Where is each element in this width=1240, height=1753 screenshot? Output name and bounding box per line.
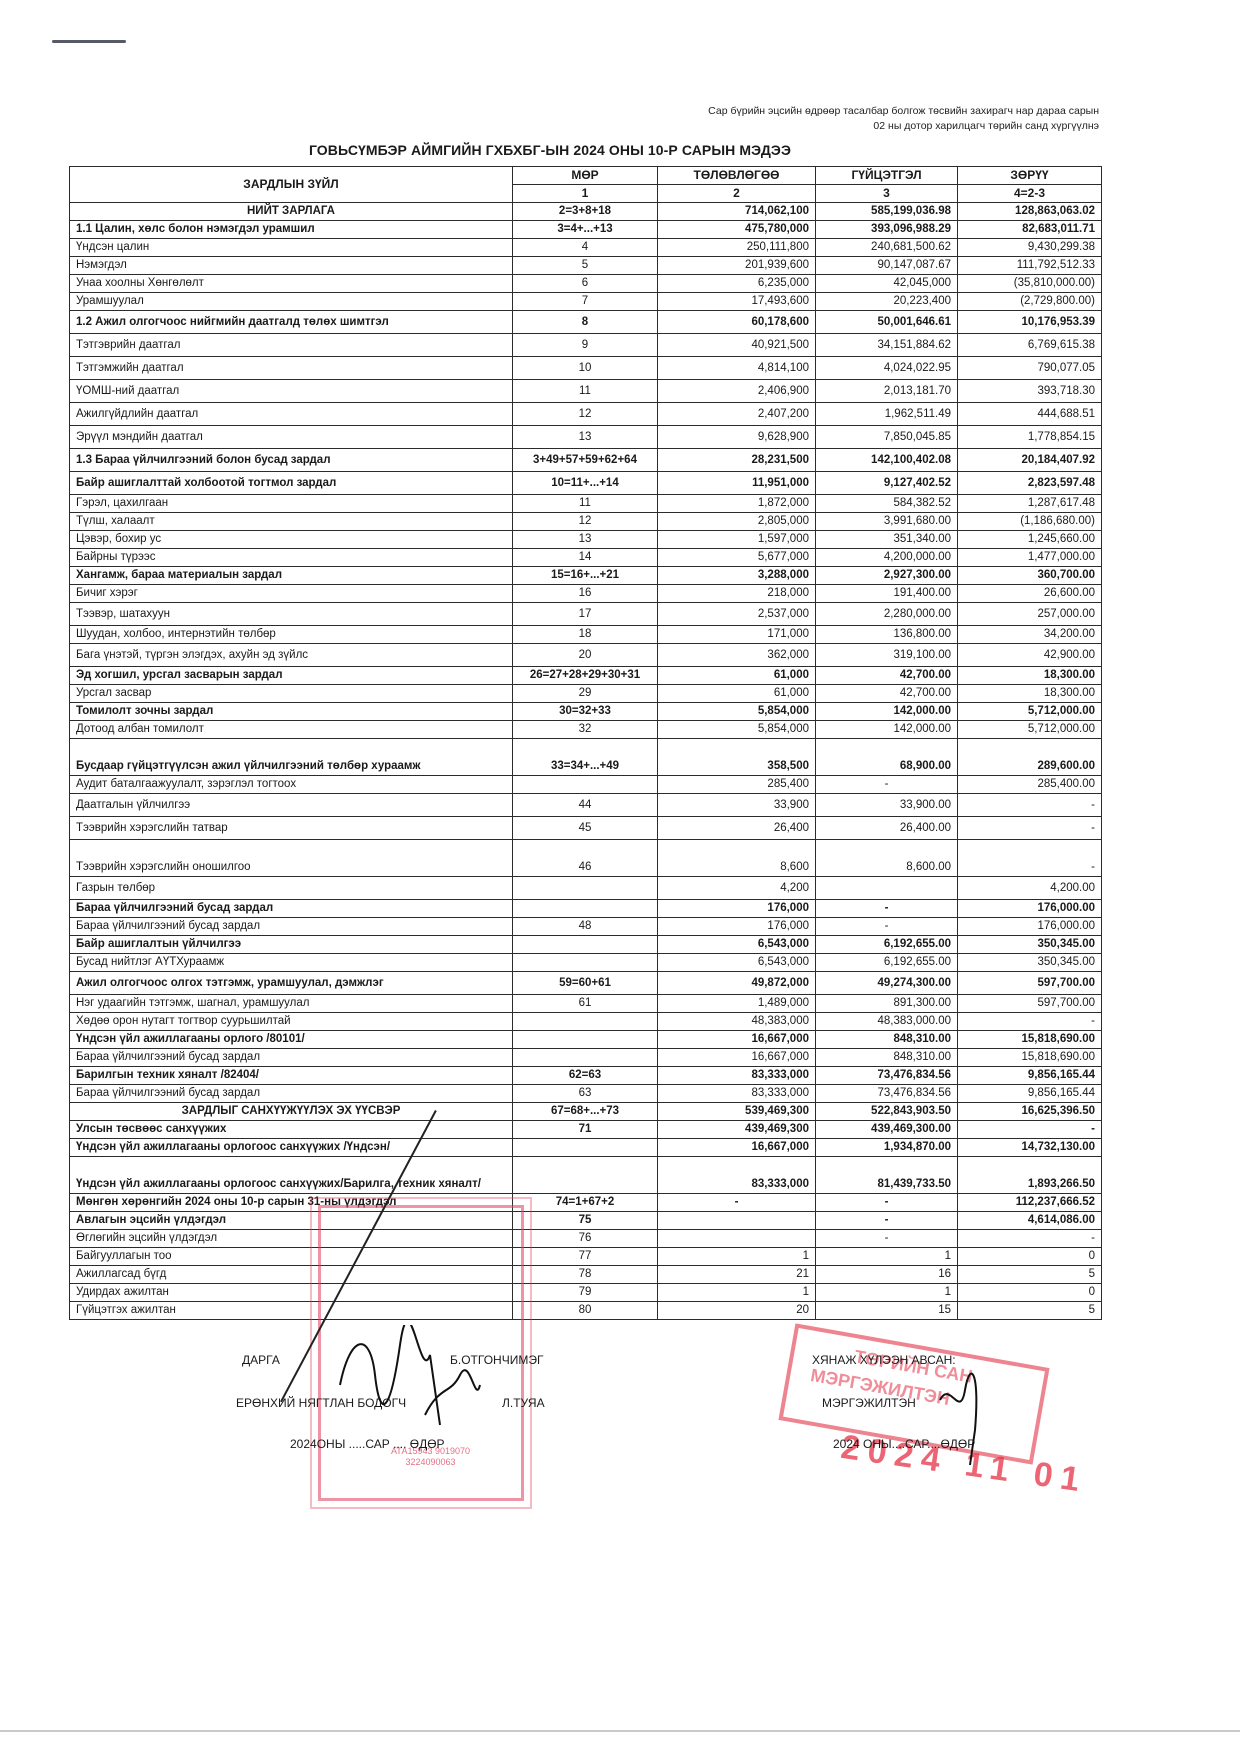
cell-difference: 128,863,063.02	[958, 203, 1102, 221]
cell-expense-item: Бага үнэтэй, түргэн элэгдэх, ахуйн эд зү…	[70, 644, 513, 667]
cell-plan: 33,900	[658, 794, 816, 817]
cell-difference: 18,300.00	[958, 685, 1102, 703]
cell-row-number: 16	[513, 585, 658, 603]
scan-artifact	[52, 40, 126, 43]
cell-row-number: 3+49+57+59+62+64	[513, 449, 658, 472]
cell-row-number	[513, 1157, 658, 1194]
cell-row-number	[513, 776, 658, 794]
cell-actual: 9,127,402.52	[816, 472, 958, 495]
cell-row-number: 3=4+...+13	[513, 221, 658, 239]
table-row: НИЙТ ЗАРЛАГА2=3+8+18714,062,100585,199,0…	[70, 203, 1102, 221]
cell-plan: 250,111,800	[658, 239, 816, 257]
cell-difference: -	[958, 1121, 1102, 1139]
cell-plan: 20	[658, 1302, 816, 1320]
cell-plan: 176,000	[658, 918, 816, 936]
cell-plan: 40,921,500	[658, 334, 816, 357]
cell-actual: 4,024,022.95	[816, 357, 958, 380]
cell-actual: 1	[816, 1248, 958, 1266]
cell-difference: 18,300.00	[958, 667, 1102, 685]
cell-row-number: 79	[513, 1284, 658, 1302]
cell-actual: 6,192,655.00	[816, 936, 958, 954]
table-row: Түлш, халаалт122,805,0003,991,680.00(1,1…	[70, 513, 1102, 531]
cell-difference: 5,712,000.00	[958, 721, 1102, 739]
cell-expense-item: Цэвэр, бохир ус	[70, 531, 513, 549]
cell-row-number: 10=11+...+14	[513, 472, 658, 495]
table-row: Эрүүл мэндийн даатгал139,628,9007,850,04…	[70, 426, 1102, 449]
cell-actual: 90,147,087.67	[816, 257, 958, 275]
cell-expense-item: Тэтгэврийн даатгал	[70, 334, 513, 357]
cell-difference: (1,186,680.00)	[958, 513, 1102, 531]
cell-expense-item: Газрын төлбөр	[70, 877, 513, 900]
table-row: Газрын төлбөр4,2004,200.00	[70, 877, 1102, 900]
table-row: Байрны түрээс145,677,0004,200,000.001,47…	[70, 549, 1102, 567]
table-row: Тэтгэмжийн даатгал104,814,1004,024,022.9…	[70, 357, 1102, 380]
cell-plan: 61,000	[658, 685, 816, 703]
table-row: Ажил олгогчоос олгох тэтгэмж, урамшуулал…	[70, 972, 1102, 995]
table-row: Мөнгөн хөрөнгийн 2024 оны 10-р сарын 31-…	[70, 1194, 1102, 1212]
cell-expense-item: Аудит баталгаажуулалт, зэрэглэл тогтоох	[70, 776, 513, 794]
cell-actual: 439,469,300.00	[816, 1121, 958, 1139]
cell-actual: 191,400.00	[816, 585, 958, 603]
cell-actual: -	[816, 900, 958, 918]
cell-actual: 848,310.00	[816, 1049, 958, 1067]
cell-difference: 15,818,690.00	[958, 1031, 1102, 1049]
cell-expense-item: Гэрэл, цахилгаан	[70, 495, 513, 513]
cell-row-number: 76	[513, 1230, 658, 1248]
director-title: ДАРГА	[242, 1353, 280, 1367]
table-row: Шуудан, холбоо, интернэтийн төлбөр18171,…	[70, 626, 1102, 644]
header-note-line-2: 02 ны дотор харилцагч төрийн санд хүргүү…	[708, 119, 1099, 134]
cell-expense-item: Урсгал засвар	[70, 685, 513, 703]
cell-difference: 20,184,407.92	[958, 449, 1102, 472]
cell-plan: 362,000	[658, 644, 816, 667]
cell-plan: 60,178,600	[658, 311, 816, 334]
table-row: Бичиг хэрэг16218,000191,400.0026,600.00	[70, 585, 1102, 603]
cell-difference: 360,700.00	[958, 567, 1102, 585]
cell-row-number: 11	[513, 380, 658, 403]
cell-difference: 4,614,086.00	[958, 1212, 1102, 1230]
cell-expense-item: Үндсэн үйл ажиллагааны орлогоос санхүүжи…	[70, 1139, 513, 1157]
table-row: Унаа хоолны Хөнгөлөлт66,235,00042,045,00…	[70, 275, 1102, 293]
table-header-row: ЗАРДЛЫН ЗҮЙЛ МӨР ТӨЛӨВЛӨГӨӨ ГҮЙЦЭТГЭЛ ЗӨ…	[70, 167, 1102, 185]
date-line-left: 2024ОНЫ .....САР .... ӨДӨР	[290, 1437, 445, 1451]
cell-row-number: 48	[513, 918, 658, 936]
cell-plan: 1,597,000	[658, 531, 816, 549]
cell-row-number: 63	[513, 1085, 658, 1103]
cell-row-number: 13	[513, 531, 658, 549]
cell-plan: 83,333,000	[658, 1085, 816, 1103]
table-row: Бараа үйлчилгээний бусад зардал176,000-1…	[70, 900, 1102, 918]
cell-expense-item: ЗАРДЛЫГ САНХҮҮЖҮҮЛЭХ ЭХ ҮҮСВЭР	[70, 1103, 513, 1121]
cell-row-number	[513, 936, 658, 954]
table-row: 1.1 Цалин, хөлс болон нэмэгдэл урамшил3=…	[70, 221, 1102, 239]
cell-plan: 6,235,000	[658, 275, 816, 293]
expense-report-table: ЗАРДЛЫН ЗҮЙЛ МӨР ТӨЛӨВЛӨГӨӨ ГҮЙЦЭТГЭЛ ЗӨ…	[69, 166, 1102, 1320]
table-body: НИЙТ ЗАРЛАГА2=3+8+18714,062,100585,199,0…	[70, 203, 1102, 1320]
table-row: Байр ашиглалттай холбоотой тогтмол зарда…	[70, 472, 1102, 495]
cell-difference: -	[958, 1013, 1102, 1031]
cell-plan: 16,667,000	[658, 1139, 816, 1157]
cell-row-number: 61	[513, 995, 658, 1013]
cell-row-number	[513, 900, 658, 918]
cell-difference: 285,400.00	[958, 776, 1102, 794]
cell-row-number	[513, 1139, 658, 1157]
cell-actual: 351,340.00	[816, 531, 958, 549]
cell-expense-item: Тэтгэмжийн даатгал	[70, 357, 513, 380]
cell-row-number: 46	[513, 840, 658, 877]
cell-actual: 6,192,655.00	[816, 954, 958, 972]
cell-plan: 2,805,000	[658, 513, 816, 531]
cell-plan: 539,469,300	[658, 1103, 816, 1121]
cell-difference: 2,823,597.48	[958, 472, 1102, 495]
cell-difference: 176,000.00	[958, 900, 1102, 918]
table-row: Үндсэн үйл ажиллагааны орлогоос санхүүжи…	[70, 1139, 1102, 1157]
cell-actual: 33,900.00	[816, 794, 958, 817]
cell-plan: 17,493,600	[658, 293, 816, 311]
cell-expense-item: 1.2 Ажил олгогчоос нийгмийн даатгалд төл…	[70, 311, 513, 334]
cell-actual: 2,013,181.70	[816, 380, 958, 403]
cell-plan: 171,000	[658, 626, 816, 644]
header-difference: ЗӨРҮҮ	[958, 167, 1102, 185]
cell-row-number: 4	[513, 239, 658, 257]
cell-row-number: 14	[513, 549, 658, 567]
cell-expense-item: Даатгалын үйлчилгээ	[70, 794, 513, 817]
table-row: Томилолт зочны зардал30=32+335,854,00014…	[70, 703, 1102, 721]
cell-plan: 201,939,600	[658, 257, 816, 275]
cell-difference: 42,900.00	[958, 644, 1102, 667]
table-row: 1.3 Бараа үйлчилгээний болон бусад зарда…	[70, 449, 1102, 472]
cell-row-number: 74=1+67+2	[513, 1194, 658, 1212]
cell-difference: 393,718.30	[958, 380, 1102, 403]
cell-row-number: 62=63	[513, 1067, 658, 1085]
cell-actual: 585,199,036.98	[816, 203, 958, 221]
cell-actual: -	[816, 918, 958, 936]
cell-row-number: 17	[513, 603, 658, 626]
cell-row-number: 80	[513, 1302, 658, 1320]
cell-expense-item: Нэг удаагийн тэтгэмж, шагнал, урамшуулал	[70, 995, 513, 1013]
cell-plan: 5,854,000	[658, 721, 816, 739]
cell-plan: 358,500	[658, 739, 816, 776]
cell-expense-item: Бараа үйлчилгээний бусад зардал	[70, 1085, 513, 1103]
cell-difference: 111,792,512.33	[958, 257, 1102, 275]
cell-expense-item: Ажил олгогчоос олгох тэтгэмж, урамшуулал…	[70, 972, 513, 995]
cell-plan: 714,062,100	[658, 203, 816, 221]
cell-row-number: 6	[513, 275, 658, 293]
cell-actual: 42,700.00	[816, 667, 958, 685]
cell-plan: 21	[658, 1266, 816, 1284]
table-row: Урсгал засвар2961,00042,700.0018,300.00	[70, 685, 1102, 703]
cell-plan: 475,780,000	[658, 221, 816, 239]
cell-actual: 142,000.00	[816, 721, 958, 739]
cell-actual: -	[816, 776, 958, 794]
cell-difference: 597,700.00	[958, 972, 1102, 995]
cell-plan: 6,543,000	[658, 954, 816, 972]
cell-plan: 218,000	[658, 585, 816, 603]
cell-plan: 1	[658, 1248, 816, 1266]
cell-plan: 83,333,000	[658, 1157, 816, 1194]
cell-actual: 49,274,300.00	[816, 972, 958, 995]
cell-difference: 289,600.00	[958, 739, 1102, 776]
seal-code-line-2: 3224090063	[391, 1457, 470, 1468]
cell-row-number	[513, 877, 658, 900]
cell-expense-item: Үндсэн цалин	[70, 239, 513, 257]
table-row: ҮОМШ-ний даатгал112,406,9002,013,181.703…	[70, 380, 1102, 403]
cell-actual: 584,382.52	[816, 495, 958, 513]
cell-difference: -	[958, 1230, 1102, 1248]
cell-difference: (35,810,000.00)	[958, 275, 1102, 293]
cell-plan: 9,628,900	[658, 426, 816, 449]
cell-actual: 15	[816, 1302, 958, 1320]
cell-plan: 4,200	[658, 877, 816, 900]
cell-expense-item: Шуудан, холбоо, интернэтийн төлбөр	[70, 626, 513, 644]
cell-expense-item: ҮОМШ-ний даатгал	[70, 380, 513, 403]
cell-plan: 2,406,900	[658, 380, 816, 403]
cell-difference: 0	[958, 1248, 1102, 1266]
cell-actual: 20,223,400	[816, 293, 958, 311]
cell-expense-item: НИЙТ ЗАРЛАГА	[70, 203, 513, 221]
cell-plan: 176,000	[658, 900, 816, 918]
cell-difference: 15,818,690.00	[958, 1049, 1102, 1067]
cell-difference: 5	[958, 1266, 1102, 1284]
cell-difference: 26,600.00	[958, 585, 1102, 603]
table-row: Гүйцэтгэх ажилтан8020155	[70, 1302, 1102, 1320]
cell-difference: 9,430,299.38	[958, 239, 1102, 257]
cell-expense-item: Нэмэгдэл	[70, 257, 513, 275]
cell-actual: 7,850,045.85	[816, 426, 958, 449]
cell-expense-item: Хөдөө орон нутагт тогтвор суурьшилтай	[70, 1013, 513, 1031]
cell-difference: -	[958, 840, 1102, 877]
cell-plan: 2,537,000	[658, 603, 816, 626]
table-row: Дотоод албан томилолт325,854,000142,000.…	[70, 721, 1102, 739]
cell-row-number	[513, 1049, 658, 1067]
cell-row-number: 20	[513, 644, 658, 667]
cell-actual: 2,280,000.00	[816, 603, 958, 626]
cell-row-number: 26=27+28+29+30+31	[513, 667, 658, 685]
subheader-4: 4=2-3	[958, 185, 1102, 203]
cell-plan: 5,677,000	[658, 549, 816, 567]
cell-plan: 2,407,200	[658, 403, 816, 426]
cell-row-number: 77	[513, 1248, 658, 1266]
cell-expense-item: Хангамж, бараа материалын зардал	[70, 567, 513, 585]
cell-difference: 9,856,165.44	[958, 1067, 1102, 1085]
cell-row-number: 5	[513, 257, 658, 275]
cell-actual: 319,100.00	[816, 644, 958, 667]
cell-plan: 28,231,500	[658, 449, 816, 472]
cell-expense-item: 1.3 Бараа үйлчилгээний болон бусад зарда…	[70, 449, 513, 472]
cell-actual: 73,476,834.56	[816, 1067, 958, 1085]
table-row: Хангамж, бараа материалын зардал15=16+..…	[70, 567, 1102, 585]
cell-row-number: 2=3+8+18	[513, 203, 658, 221]
table-row: Үндсэн цалин4250,111,800240,681,500.629,…	[70, 239, 1102, 257]
header-row-number: МӨР	[513, 167, 658, 185]
header-expense-item: ЗАРДЛЫН ЗҮЙЛ	[70, 167, 513, 203]
cell-row-number: 13	[513, 426, 658, 449]
table-row: Улсын төсвөөс санхүүжих71439,469,300439,…	[70, 1121, 1102, 1139]
cell-row-number: 71	[513, 1121, 658, 1139]
cell-difference: 444,688.51	[958, 403, 1102, 426]
cell-difference: -	[958, 817, 1102, 840]
cell-actual: 34,151,884.62	[816, 334, 958, 357]
table-row: Тээврийн хэрэгслийн татвар4526,40026,400…	[70, 817, 1102, 840]
cell-expense-item: Тээврийн хэрэгслийн оношилгоо	[70, 840, 513, 877]
table-row: ЗАРДЛЫГ САНХҮҮЖҮҮЛЭХ ЭХ ҮҮСВЭР67=68+...+…	[70, 1103, 1102, 1121]
cell-actual: -	[816, 1230, 958, 1248]
cell-expense-item: Үндсэн үйл ажиллагааны орлогоос санхүүжи…	[70, 1157, 513, 1194]
cell-row-number: 7	[513, 293, 658, 311]
cell-plan: 11,951,000	[658, 472, 816, 495]
table-row: Нэмэгдэл5201,939,60090,147,087.67111,792…	[70, 257, 1102, 275]
table-row: Бараа үйлчилгээний бусад зардал48176,000…	[70, 918, 1102, 936]
cell-expense-item: Бараа үйлчилгээний бусад зардал	[70, 900, 513, 918]
header-note-line-1: Сар бүрийн эцсийн өдрөөр тасалбар болгож…	[708, 104, 1099, 119]
cell-difference: 14,732,130.00	[958, 1139, 1102, 1157]
cell-plan: 1,872,000	[658, 495, 816, 513]
cell-actual: 522,843,903.50	[816, 1103, 958, 1121]
cell-plan: 16,667,000	[658, 1031, 816, 1049]
table-row: Тээврийн хэрэгслийн оношилгоо468,6008,60…	[70, 840, 1102, 877]
cell-actual: 3,991,680.00	[816, 513, 958, 531]
cell-difference: 1,287,617.48	[958, 495, 1102, 513]
cell-row-number: 12	[513, 513, 658, 531]
cell-actual: 42,700.00	[816, 685, 958, 703]
cell-expense-item: Бараа үйлчилгээний бусад зардал	[70, 918, 513, 936]
cell-difference: 1,778,854.15	[958, 426, 1102, 449]
cell-expense-item: Урамшуулал	[70, 293, 513, 311]
cell-difference: 112,237,666.52	[958, 1194, 1102, 1212]
table-row: Нэг удаагийн тэтгэмж, шагнал, урамшуулал…	[70, 995, 1102, 1013]
header-plan: ТӨЛӨВЛӨГӨӨ	[658, 167, 816, 185]
cell-actual: 240,681,500.62	[816, 239, 958, 257]
cell-row-number	[513, 954, 658, 972]
cell-plan: 1,489,000	[658, 995, 816, 1013]
cell-actual: 48,383,000.00	[816, 1013, 958, 1031]
cell-difference: 5,712,000.00	[958, 703, 1102, 721]
cell-expense-item: Ажилгүйдлийн даатгал	[70, 403, 513, 426]
cell-expense-item: Дотоод албан томилолт	[70, 721, 513, 739]
table-row: Урамшуулал717,493,60020,223,400(2,729,80…	[70, 293, 1102, 311]
table-row: Гэрэл, цахилгаан111,872,000584,382.521,2…	[70, 495, 1102, 513]
cell-actual: 142,000.00	[816, 703, 958, 721]
cell-difference: (2,729,800.00)	[958, 293, 1102, 311]
cell-row-number: 44	[513, 794, 658, 817]
table-row: Тэтгэврийн даатгал940,921,50034,151,884.…	[70, 334, 1102, 357]
table-row: Бусад нийтлэг АҮТХураамж6,543,0006,192,6…	[70, 954, 1102, 972]
table-row: Ажиллагсад бүгд7821165	[70, 1266, 1102, 1284]
cell-actual: 68,900.00	[816, 739, 958, 776]
cell-actual: 42,045,000	[816, 275, 958, 293]
cell-plan: 61,000	[658, 667, 816, 685]
cell-plan: -	[658, 1194, 816, 1212]
header-actual: ГҮЙЦЭТГЭЛ	[816, 167, 958, 185]
cell-actual: 1,934,870.00	[816, 1139, 958, 1157]
cell-row-number: 8	[513, 311, 658, 334]
cell-expense-item: Бараа үйлчилгээний бусад зардал	[70, 1049, 513, 1067]
cell-expense-item: Томилолт зочны зардал	[70, 703, 513, 721]
table-row: Байр ашиглалтын үйлчилгээ6,543,0006,192,…	[70, 936, 1102, 954]
cell-row-number: 45	[513, 817, 658, 840]
cell-difference: 16,625,396.50	[958, 1103, 1102, 1121]
cell-actual: -	[816, 1194, 958, 1212]
cell-expense-item: Бичиг хэрэг	[70, 585, 513, 603]
cell-row-number: 18	[513, 626, 658, 644]
cell-difference: 9,856,165.44	[958, 1085, 1102, 1103]
cell-row-number: 59=60+61	[513, 972, 658, 995]
cell-difference: 10,176,953.39	[958, 311, 1102, 334]
cell-actual: 136,800.00	[816, 626, 958, 644]
page-edge	[0, 1730, 1240, 1732]
cell-actual: 848,310.00	[816, 1031, 958, 1049]
chief-accountant-name: Л.ТУЯА	[502, 1396, 545, 1410]
table-row: Удирдах ажилтан79110	[70, 1284, 1102, 1302]
cell-actual: 393,096,988.29	[816, 221, 958, 239]
cell-plan: 3,288,000	[658, 567, 816, 585]
cell-difference: -	[958, 794, 1102, 817]
cell-difference: 0	[958, 1284, 1102, 1302]
table-row: Эд хогшил, урсгал засварын зардал26=27+2…	[70, 667, 1102, 685]
report-title: ГОВЬСҮМБЭР АЙМГИЙН ГХБХБГ-ЫН 2024 ОНЫ 10…	[0, 142, 1100, 158]
table-row: Ажилгүйдлийн даатгал122,407,2001,962,511…	[70, 403, 1102, 426]
cell-expense-item: Улсын төсвөөс санхүүжих	[70, 1121, 513, 1139]
table-row: Өглөгийн эцсийн үлдэгдэл76--	[70, 1230, 1102, 1248]
cell-difference: 350,345.00	[958, 954, 1102, 972]
cell-plan: 285,400	[658, 776, 816, 794]
cell-expense-item: Байр ашиглалтын үйлчилгээ	[70, 936, 513, 954]
cell-actual: 1,962,511.49	[816, 403, 958, 426]
table-row: Бараа үйлчилгээний бусад зардал6383,333,…	[70, 1085, 1102, 1103]
cell-difference: 1,477,000.00	[958, 549, 1102, 567]
cell-expense-item: Түлш, халаалт	[70, 513, 513, 531]
cell-plan: 5,854,000	[658, 703, 816, 721]
cell-row-number: 12	[513, 403, 658, 426]
cell-row-number	[513, 1013, 658, 1031]
cell-row-number: 30=32+33	[513, 703, 658, 721]
cell-row-number: 75	[513, 1212, 658, 1230]
cell-row-number: 29	[513, 685, 658, 703]
cell-plan: 16,667,000	[658, 1049, 816, 1067]
header-note: Сар бүрийн эцсийн өдрөөр тасалбар болгож…	[708, 104, 1099, 134]
cell-difference: 6,769,615.38	[958, 334, 1102, 357]
table-row: Бараа үйлчилгээний бусад зардал16,667,00…	[70, 1049, 1102, 1067]
cell-plan: 48,383,000	[658, 1013, 816, 1031]
cell-expense-item: Унаа хоолны Хөнгөлөлт	[70, 275, 513, 293]
table-row: Үндсэн үйл ажиллагааны орлогоос санхүүжи…	[70, 1157, 1102, 1194]
table-row: Даатгалын үйлчилгээ4433,90033,900.00-	[70, 794, 1102, 817]
cell-plan: 49,872,000	[658, 972, 816, 995]
table-row: Аудит баталгаажуулалт, зэрэглэл тогтоох2…	[70, 776, 1102, 794]
cell-expense-item: Байр ашиглалттай холбоотой тогтмол зарда…	[70, 472, 513, 495]
cell-actual: 16	[816, 1266, 958, 1284]
cell-row-number: 32	[513, 721, 658, 739]
cell-plan	[658, 1230, 816, 1248]
cell-expense-item: Байрны түрээс	[70, 549, 513, 567]
cell-plan: 4,814,100	[658, 357, 816, 380]
specialist-signature-icon	[930, 1360, 1000, 1470]
subheader-1: 1	[513, 185, 658, 203]
table-row: Үндсэн үйл ажиллагааны орлого /80101/16,…	[70, 1031, 1102, 1049]
cell-actual: 1	[816, 1284, 958, 1302]
cell-row-number: 11	[513, 495, 658, 513]
cell-difference: 5	[958, 1302, 1102, 1320]
cell-expense-item: 1.1 Цалин, хөлс болон нэмэгдэл урамшил	[70, 221, 513, 239]
cell-plan: 439,469,300	[658, 1121, 816, 1139]
cell-expense-item: Эд хогшил, урсгал засварын зардал	[70, 667, 513, 685]
cell-actual: 73,476,834.56	[816, 1085, 958, 1103]
cell-actual	[816, 877, 958, 900]
table-row: Хөдөө орон нутагт тогтвор суурьшилтай48,…	[70, 1013, 1102, 1031]
cell-row-number: 15=16+...+21	[513, 567, 658, 585]
cell-actual: 142,100,402.08	[816, 449, 958, 472]
cell-plan: 1	[658, 1284, 816, 1302]
